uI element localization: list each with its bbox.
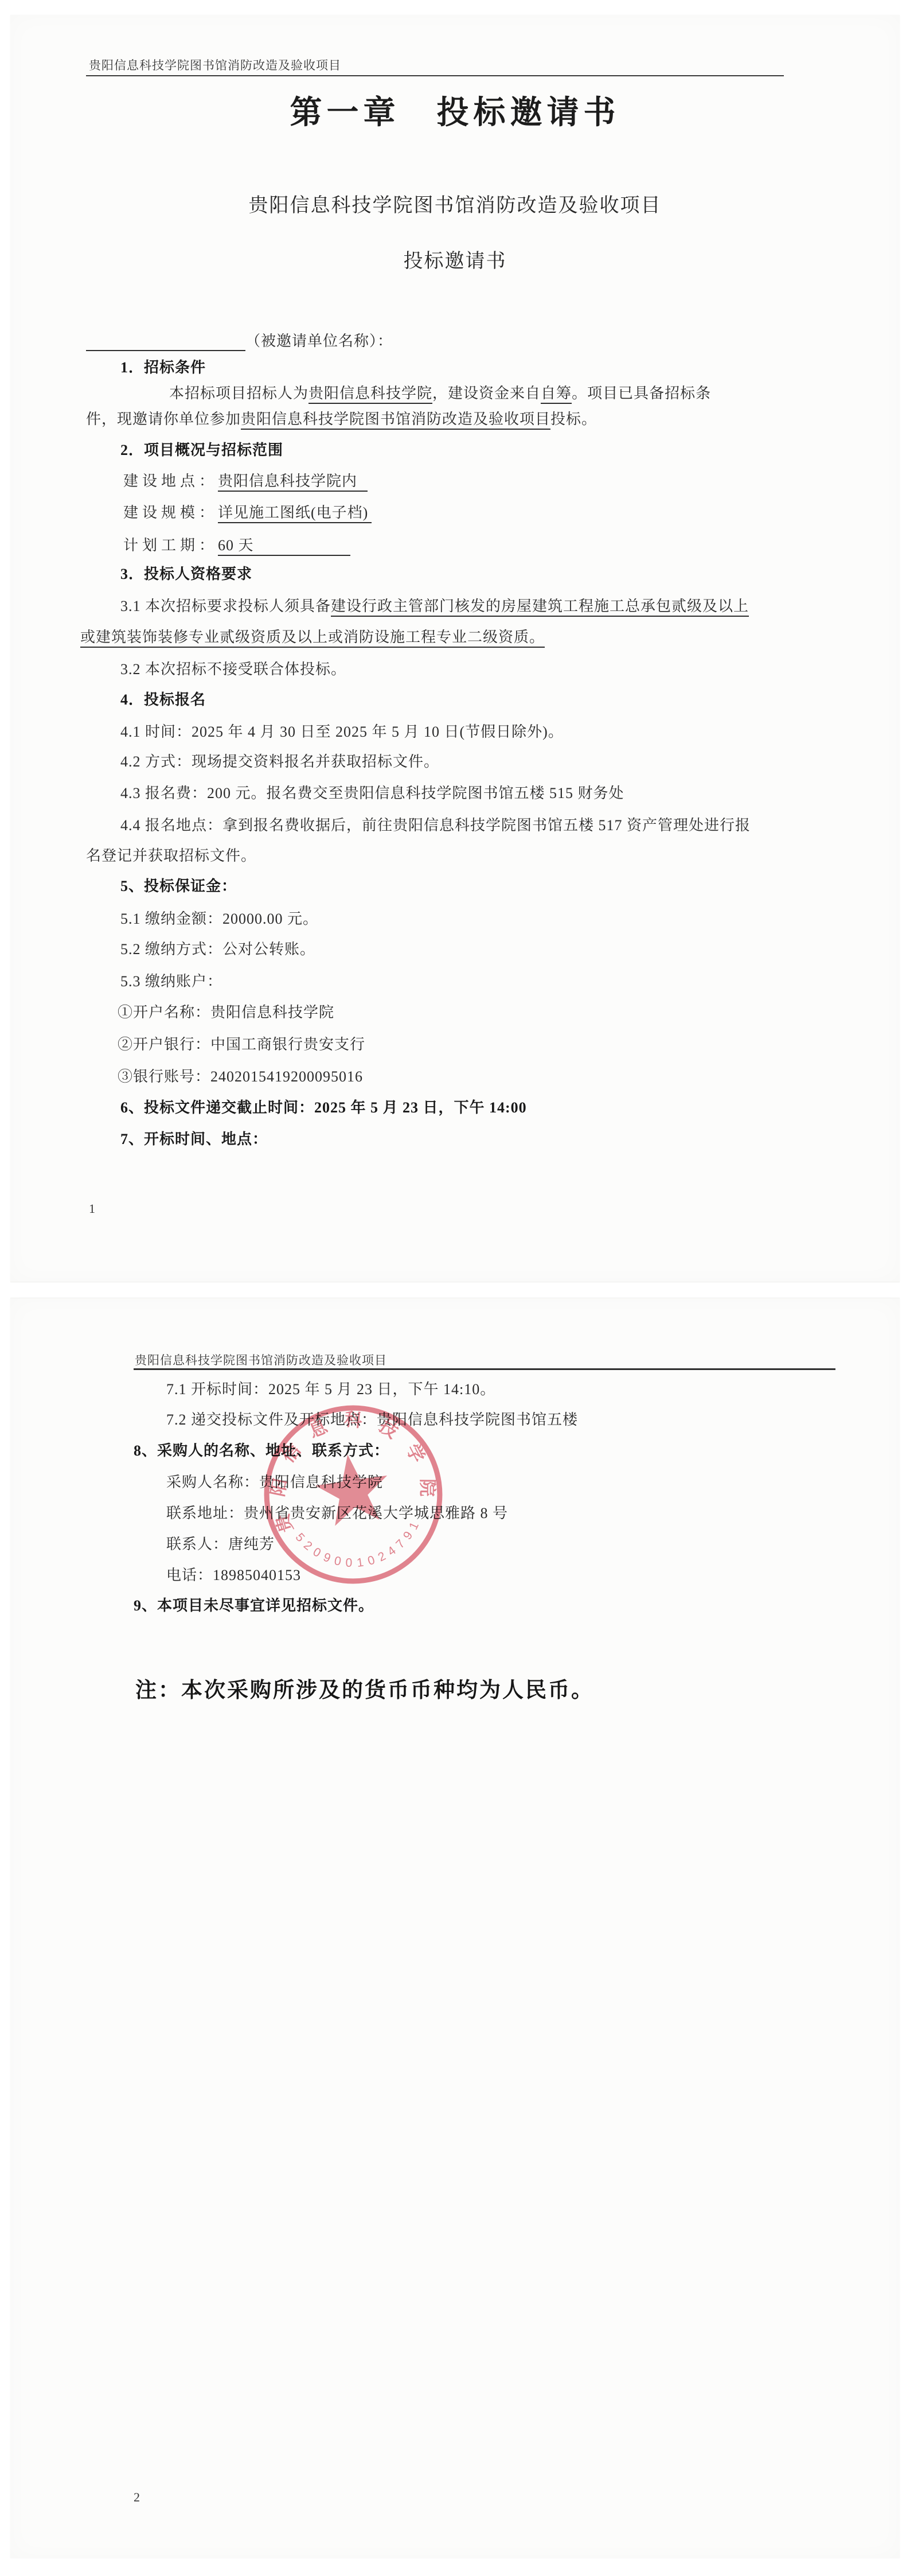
page-2-running-header: 贵阳信息科技学院图书馆消防改造及验收项目 <box>135 1351 387 1370</box>
section-4-heading: 4．投标报名 <box>120 690 206 710</box>
field-location-label: 建设地点： <box>123 473 218 489</box>
account-number-line: ③银行账号：2402015419200095016 <box>118 1067 363 1087</box>
clause-4-1: 4.1 时间：2025 年 4 月 30 日至 2025 年 5 月 10 日(… <box>120 722 564 742</box>
invitee-line: （被邀请单位名称）： <box>86 332 393 351</box>
s1-underlined-funding: 自筹 <box>541 385 572 404</box>
s1b-post: 投标。 <box>550 411 597 427</box>
official-seal: 贵阳信息科技学院 5209001024791 <box>244 1386 462 1603</box>
page-1-running-header: 贵阳信息科技学院图书馆消防改造及验收项目 <box>89 56 341 75</box>
clause-5-1: 5.1 缴纳金额：20000.00 元。 <box>120 909 318 929</box>
document-viewer: 贵阳信息科技学院图书馆消防改造及验收项目 第一章 投标邀请书 贵阳信息科技学院图… <box>0 0 910 2576</box>
invitee-blank-underline <box>86 335 245 351</box>
invitee-suffix: （被邀请单位名称）： <box>245 333 393 349</box>
field-period: 计划工期：60 天 <box>123 536 350 555</box>
clause-4-4-continuation: 名登记并获取招标文件。 <box>86 846 256 866</box>
field-period-label: 计划工期： <box>123 537 218 554</box>
clause-4-3: 4.3 报名费：200 元。报名费交至贵阳信息科技学院图书馆五楼 515 财务处 <box>120 784 624 803</box>
project-title: 贵阳信息科技学院图书馆消防改造及验收项目 <box>10 189 900 217</box>
clause-3-1-continuation: 或建筑装饰装修专业贰级资质及以上或消防设施工程专业二级资质。 <box>80 628 545 647</box>
section-7-heading: 7、开标时间、地点： <box>120 1130 268 1149</box>
section-1-heading: 1．招标条件 <box>120 358 206 378</box>
field-period-value: 60 天 <box>218 537 350 556</box>
s1-mid: ，建设资金来自 <box>432 385 541 402</box>
currency-note: 注：本次采购所涉及的货币币种均为人民币。 <box>135 1681 594 1701</box>
contact-person-line: 联系人：唐纯芳 <box>166 1535 275 1554</box>
field-scale-label: 建设规模： <box>123 504 218 521</box>
section-9-heading: 9、本项目未尽事宜详见招标文件。 <box>134 1596 374 1616</box>
section-5-heading: 5、投标保证金： <box>120 877 237 896</box>
clause-3-1-pre: 3.1 本次招标要求投标人须具备 <box>120 598 331 614</box>
chapter-title: 第一章 投标邀请书 <box>10 87 900 133</box>
clause-7-1: 7.1 开标时间：2025 年 5 月 23 日，下午 14:10。 <box>166 1380 495 1399</box>
header-rule <box>86 75 784 76</box>
section-3-heading: 3．投标人资格要求 <box>120 565 252 584</box>
page-2: 贵阳信息科技学院图书馆消防改造及验收项目 7.1 开标时间：2025 年 5 月… <box>10 1298 900 2558</box>
clause-3-1-underlined: 建设行政主管部门核发的房屋建筑工程施工总承包贰级及以上 <box>331 598 749 617</box>
field-location: 建设地点：贵阳信息科技学院内 <box>123 472 368 491</box>
account-bank-line: ②开户银行：中国工商银行贵安支行 <box>118 1035 365 1054</box>
s1-pre: 本招标项目招标人为 <box>169 385 308 402</box>
clause-4-2: 4.2 方式：现场提交资料报名并获取招标文件。 <box>120 752 439 772</box>
seal-star-icon <box>312 1449 393 1528</box>
clause-4-4: 4.4 报名地点：拿到报名费收据后，前往贵阳信息科技学院图书馆五楼 517 资产… <box>120 816 751 835</box>
field-scale: 建设规模：详见施工图纸(电子档) <box>123 503 372 523</box>
section-6-heading: 6、投标文件递交截止时间：2025 年 5 月 23 日，下午 14:00 <box>120 1098 527 1118</box>
clause-5-3: 5.3 缴纳账户： <box>120 972 222 991</box>
section-1-paragraph-line-2: 件，现邀请你单位参加贵阳信息科技学院图书馆消防改造及验收项目投标。 <box>86 410 597 429</box>
clause-3-1: 3.1 本次招标要求投标人须具备建设行政主管部门核发的房屋建筑工程施工总承包贰级… <box>120 597 749 616</box>
field-location-value: 贵阳信息科技学院内 <box>218 473 368 492</box>
clause-3-1-cont-underlined: 或建筑装饰装修专业贰级资质及以上或消防设施工程专业二级资质。 <box>80 629 545 648</box>
s1b-pre: 件，现邀请你单位参加 <box>86 411 241 427</box>
doc-title: 投标邀请书 <box>10 245 900 273</box>
page-1: 贵阳信息科技学院图书馆消防改造及验收项目 第一章 投标邀请书 贵阳信息科技学院图… <box>10 15 900 1282</box>
page-2-number: 2 <box>134 2488 140 2507</box>
header-rule-page-2 <box>134 1368 835 1370</box>
account-name-line: ①开户名称：贵阳信息科技学院 <box>118 1003 334 1022</box>
s1b-underlined-project: 贵阳信息科技学院图书馆消防改造及验收项目 <box>241 411 550 430</box>
clause-3-2: 3.2 本次招标不接受联合体投标。 <box>120 660 346 679</box>
s1-post: 。项目已具备招标条 <box>572 385 711 402</box>
clause-5-2: 5.2 缴纳方式：公对公转账。 <box>120 940 315 959</box>
section-2-heading: 2．项目概况与招标范围 <box>120 441 283 460</box>
page-1-number: 1 <box>89 1199 96 1219</box>
field-scale-value: 详见施工图纸(电子档) <box>218 504 372 523</box>
section-1-paragraph-line-1: 本招标项目招标人为贵阳信息科技学院，建设资金来自自筹。项目已具备招标条 <box>169 384 711 403</box>
s1-underlined-bidder: 贵阳信息科技学院 <box>308 385 432 404</box>
